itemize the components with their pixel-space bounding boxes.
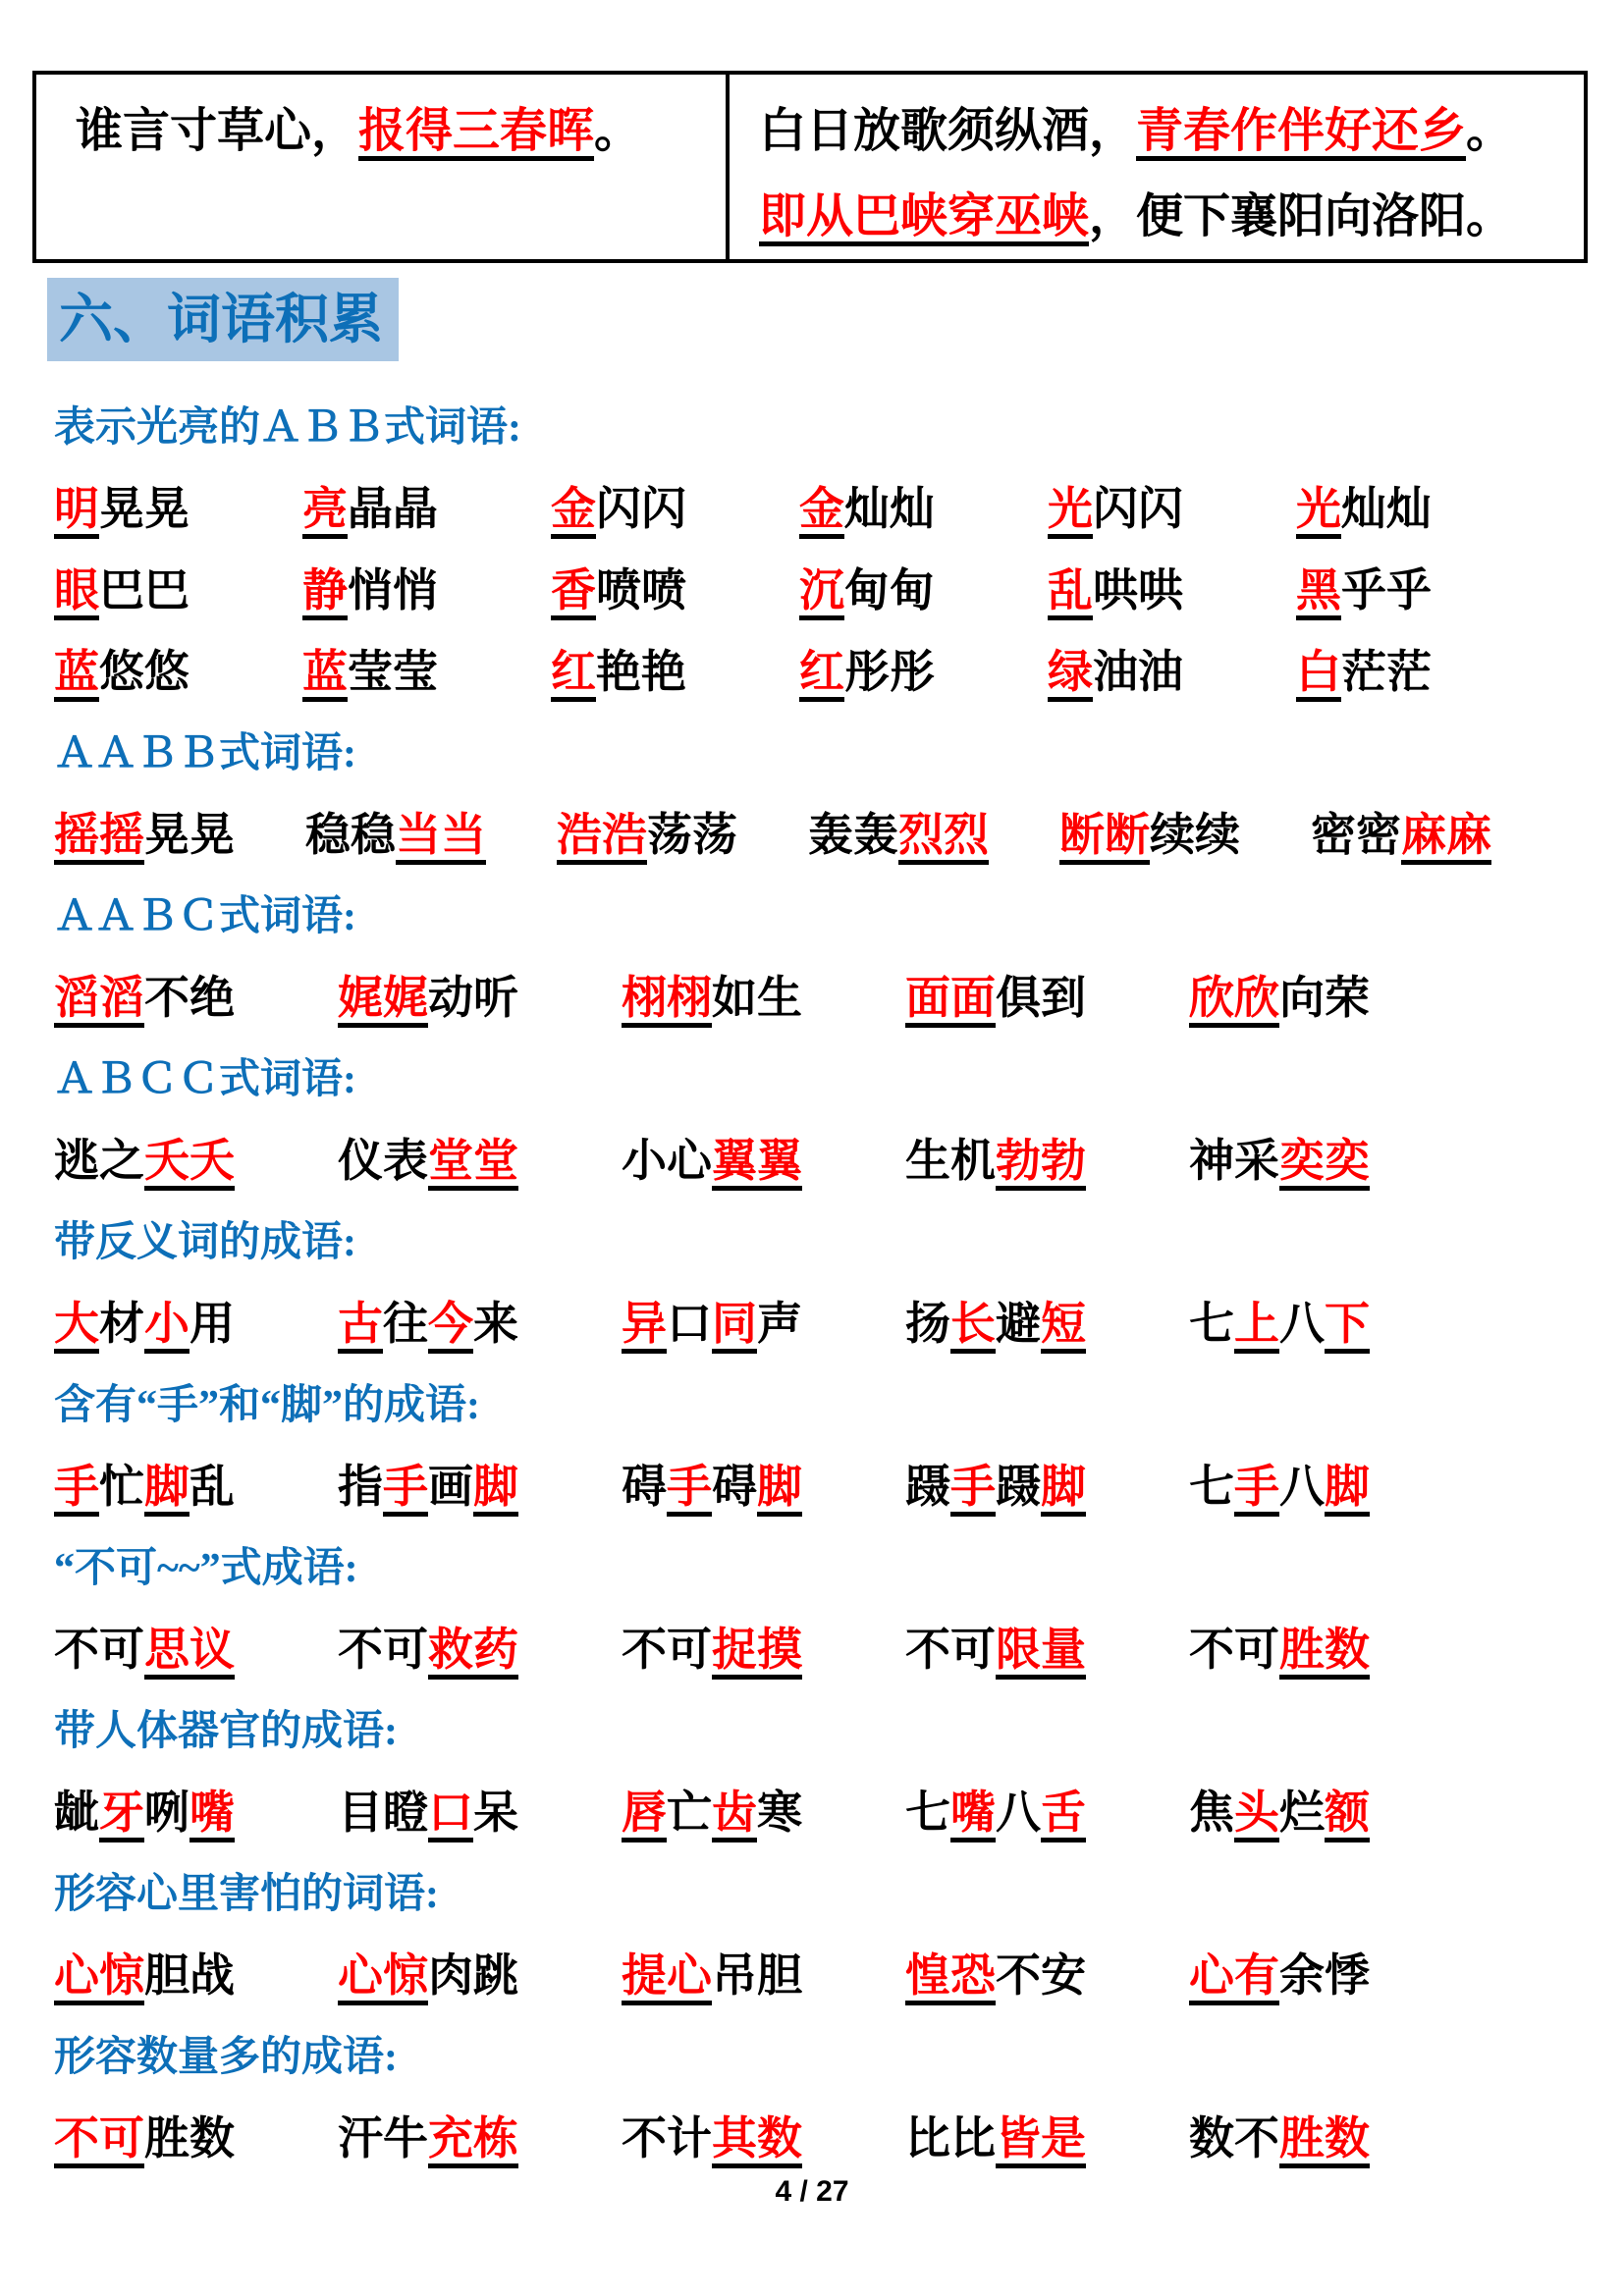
red-underlined-text: 心惊 xyxy=(54,1950,144,2001)
red-underlined-text: 提心 xyxy=(622,1950,712,2001)
red-underlined-text: 思议 xyxy=(144,1625,235,1675)
plain-text: 蹑 xyxy=(996,1462,1041,1512)
plain-text: 轰轰 xyxy=(808,810,898,860)
word: 静悄悄 xyxy=(302,555,438,619)
red-underlined-text: 头 xyxy=(1234,1788,1279,1838)
red-underlined-text: 亮 xyxy=(302,484,348,534)
red-underlined-text: 牙 xyxy=(99,1788,144,1838)
red-underlined-text: 光 xyxy=(1296,484,1341,534)
word: 不可胜数 xyxy=(1189,1614,1370,1679)
plain-text: 焦 xyxy=(1189,1788,1234,1838)
plain-text: 巴巴 xyxy=(99,565,189,615)
red-underlined-text: 心有 xyxy=(1189,1950,1279,2001)
red-underlined-text: 限量 xyxy=(996,1625,1086,1675)
red-underlined-text: 奕奕 xyxy=(1279,1136,1370,1186)
plain-text: 密密 xyxy=(1311,810,1401,860)
red-underlined-text: 嘴 xyxy=(950,1788,996,1838)
plain-text: 口 xyxy=(667,1299,712,1349)
plain-text: 指 xyxy=(338,1462,383,1512)
group-title: ＡＢＣＣ式词语: xyxy=(54,1046,356,1105)
word: 红艳艳 xyxy=(551,636,686,701)
word-row: 滔滔不绝娓娓动听栩栩如生面面俱到欣欣向荣 xyxy=(54,953,1592,1035)
plain-text: 晶晶 xyxy=(348,484,438,534)
plain-text: 目瞪 xyxy=(338,1788,428,1838)
word: 蹑手蹑脚 xyxy=(905,1451,1086,1516)
word: 稳稳当当 xyxy=(305,799,486,864)
plain-text: 蹑 xyxy=(905,1462,950,1512)
plain-text: 生机 xyxy=(905,1136,996,1186)
group-title-line: ＡＡＢＢ式词语: xyxy=(54,709,1592,790)
plain-text: 谁言寸草心， xyxy=(76,105,358,157)
plain-text: 来 xyxy=(473,1299,518,1349)
word: 香喷喷 xyxy=(551,555,686,619)
plain-text: 呆 xyxy=(473,1788,518,1838)
word-row: 明晃晃亮晶晶金闪闪金灿灿光闪闪光灿灿 xyxy=(54,464,1592,546)
word: 蓝悠悠 xyxy=(54,636,189,701)
group-title-line: 表示光亮的ＡＢＢ式词语: xyxy=(54,383,1592,464)
word: 不可思议 xyxy=(54,1614,235,1679)
poem-cell-right: 白日放歌须纵酒，青春作伴好还乡。即从巴峡穿巫峡，便下襄阳向洛阳。 xyxy=(728,73,1586,261)
group-title: 形容数量多的成语: xyxy=(54,2024,398,2083)
plain-text: 八 xyxy=(1279,1299,1325,1349)
red-underlined-text: 不可 xyxy=(54,2113,144,2163)
word: 逃之夭夭 xyxy=(54,1125,235,1190)
word: 光闪闪 xyxy=(1048,473,1183,538)
word: 仪表堂堂 xyxy=(338,1125,518,1190)
word: 摇摇晃晃 xyxy=(54,799,235,864)
red-underlined-text: 当当 xyxy=(396,810,486,860)
red-underlined-text: 下 xyxy=(1325,1299,1370,1349)
red-underlined-text: 脚 xyxy=(473,1462,518,1512)
word: 数不胜数 xyxy=(1189,2103,1370,2167)
word-row: 眼巴巴静悄悄香喷喷沉甸甸乱哄哄黑乎乎 xyxy=(54,546,1592,627)
red-underlined-text: 今 xyxy=(428,1299,473,1349)
word-row: 不可思议不可救药不可捉摸不可限量不可胜数 xyxy=(54,1605,1592,1686)
plain-text: 八 xyxy=(996,1788,1041,1838)
red-underlined-text: 胜数 xyxy=(1279,2113,1370,2163)
red-underlined-text: 麻麻 xyxy=(1401,810,1491,860)
word: 小心翼翼 xyxy=(622,1125,802,1190)
red-underlined-text: 娓娓 xyxy=(338,973,428,1023)
plain-text: 哄哄 xyxy=(1093,565,1183,615)
plain-text: 七 xyxy=(1189,1462,1234,1512)
red-underlined-text: 沉 xyxy=(799,565,844,615)
plain-text: 悄悄 xyxy=(348,565,438,615)
group-title-line: 带反义词的成语: xyxy=(54,1198,1592,1279)
plain-text: 声 xyxy=(757,1299,802,1349)
poem-line: 白日放歌须纵酒，青春作伴好还乡。 xyxy=(759,88,1578,174)
word: 指手画脚 xyxy=(338,1451,518,1516)
plain-text: 乎乎 xyxy=(1341,565,1432,615)
red-underlined-text: 蓝 xyxy=(302,647,348,697)
red-underlined-text: 翼翼 xyxy=(712,1136,802,1186)
red-underlined-text: 手 xyxy=(1234,1462,1279,1512)
plain-text: 仪表 xyxy=(338,1136,428,1186)
word-row: 龇牙咧嘴目瞪口呆唇亡齿寒七嘴八舌焦头烂额 xyxy=(54,1768,1592,1849)
plain-text: 碍 xyxy=(622,1462,667,1512)
word: 惶恐不安 xyxy=(905,1940,1086,2004)
plain-text: 动听 xyxy=(428,973,518,1023)
plain-text: 喷喷 xyxy=(596,565,686,615)
poem-line: 谁言寸草心，报得三春晖。 xyxy=(76,88,720,174)
word: 亮晶晶 xyxy=(302,473,438,538)
word: 绿油油 xyxy=(1048,636,1183,701)
word: 汗牛充栋 xyxy=(338,2103,518,2167)
word: 明晃晃 xyxy=(54,473,189,538)
red-underlined-text: 手 xyxy=(667,1462,712,1512)
plain-text: 灿灿 xyxy=(844,484,935,534)
red-underlined-text: 香 xyxy=(551,565,596,615)
red-underlined-text: 绿 xyxy=(1048,647,1093,697)
plain-text: 不可 xyxy=(905,1625,996,1675)
plain-text: 咧 xyxy=(144,1788,189,1838)
red-underlined-text: 夭夭 xyxy=(144,1136,235,1186)
plain-text: 续续 xyxy=(1150,810,1240,860)
plain-text: 悠悠 xyxy=(99,647,189,697)
group-title-line: ＡＢＣＣ式词语: xyxy=(54,1035,1592,1116)
plain-text: 碍 xyxy=(712,1462,757,1512)
word: 面面俱到 xyxy=(905,962,1086,1027)
group-title: ＡＡＢＢ式词语: xyxy=(54,721,356,779)
plain-text: 彤彤 xyxy=(844,647,935,697)
red-underlined-text: 脚 xyxy=(144,1462,189,1512)
word: 密密麻麻 xyxy=(1311,799,1491,864)
word: 不可捉摸 xyxy=(622,1614,802,1679)
word: 唇亡齿寒 xyxy=(622,1777,802,1842)
red-underlined-text: 红 xyxy=(799,647,844,697)
red-underlined-text: 黑 xyxy=(1296,565,1341,615)
red-underlined-text: 白 xyxy=(1296,647,1341,697)
red-underlined-text: 救药 xyxy=(428,1625,518,1675)
plain-text: 茫茫 xyxy=(1341,647,1432,697)
plain-text: 莹莹 xyxy=(348,647,438,697)
group-title: 含有“手”和“脚”的成语: xyxy=(54,1372,480,1431)
page-number: 4 / 27 xyxy=(0,2175,1624,2209)
plain-text: 不计 xyxy=(622,2113,712,2163)
word-row: 蓝悠悠蓝莹莹红艳艳红彤彤绿油油白茫茫 xyxy=(54,627,1592,709)
word: 古往今来 xyxy=(338,1288,518,1353)
plain-text: 乱 xyxy=(189,1462,235,1512)
red-underlined-text: 充栋 xyxy=(428,2113,518,2163)
word: 欣欣向荣 xyxy=(1189,962,1370,1027)
poem-cell-left: 谁言寸草心，报得三春晖。 xyxy=(34,73,728,261)
word: 焦头烂额 xyxy=(1189,1777,1370,1842)
red-underlined-text: 惶恐 xyxy=(905,1950,996,2001)
plain-text: ，便下襄阳向洛阳。 xyxy=(1089,190,1513,242)
red-underlined-text: 光 xyxy=(1048,484,1093,534)
word: 手忙脚乱 xyxy=(54,1451,235,1516)
red-underlined-text: 面面 xyxy=(905,973,996,1023)
word: 乱哄哄 xyxy=(1048,555,1183,619)
worksheet-page: 谁言寸草心，报得三春晖。 白日放歌须纵酒，青春作伴好还乡。即从巴峡穿巫峡，便下襄… xyxy=(0,0,1624,2296)
red-underlined-text: 青春作伴好还乡 xyxy=(1136,105,1466,157)
word-row: 逃之夭夭仪表堂堂小心翼翼生机勃勃神采奕奕 xyxy=(54,1116,1592,1198)
plain-text: 烂 xyxy=(1279,1788,1325,1838)
word-row: 大材小用古往今来异口同声扬长避短七上八下 xyxy=(54,1279,1592,1361)
red-underlined-text: 长 xyxy=(950,1299,996,1349)
group-title-line: 含有“手”和“脚”的成语: xyxy=(54,1361,1592,1442)
word: 不可胜数 xyxy=(54,2103,235,2167)
plain-text: 小心 xyxy=(622,1136,712,1186)
word: 轰轰烈烈 xyxy=(808,799,989,864)
word: 心惊胆战 xyxy=(54,1940,235,2004)
plain-text: 数不 xyxy=(1189,2113,1279,2163)
red-underlined-text: 皆是 xyxy=(996,2113,1086,2163)
plain-text: 。 xyxy=(594,105,641,157)
red-underlined-text: 齿 xyxy=(712,1788,757,1838)
plain-text: 不可 xyxy=(1189,1625,1279,1675)
word: 七嘴八舌 xyxy=(905,1777,1086,1842)
plain-text: 扬 xyxy=(905,1299,950,1349)
word-row: 心惊胆战心惊肉跳提心吊胆惶恐不安心有余悸 xyxy=(54,1931,1592,2012)
plain-text: 稳稳 xyxy=(305,810,396,860)
plain-text: 吊胆 xyxy=(712,1950,802,2001)
word: 神采奕奕 xyxy=(1189,1125,1370,1190)
plain-text: 往 xyxy=(383,1299,428,1349)
plain-text: 七 xyxy=(905,1788,950,1838)
group-title: 表示光亮的ＡＢＢ式词语: xyxy=(54,395,521,454)
word: 不可限量 xyxy=(905,1614,1086,1679)
red-underlined-text: 其数 xyxy=(712,2113,802,2163)
group-title: 形容心里害怕的词语: xyxy=(54,1861,439,1920)
group-title: “不可~~”式成语: xyxy=(54,1535,358,1594)
plain-text: 肉跳 xyxy=(428,1950,518,2001)
word-row: 摇摇晃晃稳稳当当浩浩荡荡轰轰烈烈断断续续密密麻麻 xyxy=(54,790,1592,872)
group-title-line: 形容心里害怕的词语: xyxy=(54,1849,1592,1931)
red-underlined-text: 乱 xyxy=(1048,565,1093,615)
word: 眼巴巴 xyxy=(54,555,189,619)
plain-text: 胆战 xyxy=(144,1950,235,2001)
plain-text: 避 xyxy=(996,1299,1041,1349)
word: 大材小用 xyxy=(54,1288,235,1353)
red-underlined-text: 大 xyxy=(54,1299,99,1349)
plain-text: 油油 xyxy=(1093,647,1183,697)
red-underlined-text: 脚 xyxy=(1041,1462,1086,1512)
plain-text: 不安 xyxy=(996,1950,1086,2001)
red-underlined-text: 小 xyxy=(144,1299,189,1349)
red-underlined-text: 同 xyxy=(712,1299,757,1349)
red-underlined-text: 勃勃 xyxy=(996,1136,1086,1186)
red-underlined-text: 眼 xyxy=(54,565,99,615)
plain-text: 不可 xyxy=(338,1625,428,1675)
group-title-line: “不可~~”式成语: xyxy=(54,1523,1592,1605)
word-row: 手忙脚乱指手画脚碍手碍脚蹑手蹑脚七手八脚 xyxy=(54,1442,1592,1523)
poem-table-row: 谁言寸草心，报得三春晖。 白日放歌须纵酒，青春作伴好还乡。即从巴峡穿巫峡，便下襄… xyxy=(34,73,1586,261)
red-underlined-text: 栩栩 xyxy=(622,973,712,1023)
plain-text: 晃晃 xyxy=(99,484,189,534)
plain-text: 胜数 xyxy=(144,2113,235,2163)
group-title-line: 带人体器官的成语: xyxy=(54,1686,1592,1768)
red-underlined-text: 古 xyxy=(338,1299,383,1349)
red-underlined-text: 红 xyxy=(551,647,596,697)
word: 目瞪口呆 xyxy=(338,1777,518,1842)
red-underlined-text: 上 xyxy=(1234,1299,1279,1349)
plain-text: 八 xyxy=(1279,1462,1325,1512)
plain-text: 不可 xyxy=(54,1625,144,1675)
group-title: 带反义词的成语: xyxy=(54,1209,356,1268)
red-underlined-text: 蓝 xyxy=(54,647,99,697)
word: 浩浩荡荡 xyxy=(557,799,737,864)
red-underlined-text: 唇 xyxy=(622,1788,667,1838)
word: 黑乎乎 xyxy=(1296,555,1432,619)
plain-text: 不可 xyxy=(622,1625,712,1675)
word: 异口同声 xyxy=(622,1288,802,1353)
word: 心有余悸 xyxy=(1189,1940,1370,2004)
red-underlined-text: 脚 xyxy=(1325,1462,1370,1512)
word: 比比皆是 xyxy=(905,2103,1086,2167)
word: 金灿灿 xyxy=(799,473,935,538)
plain-text: 向荣 xyxy=(1279,973,1370,1023)
plain-text: 神采 xyxy=(1189,1136,1279,1186)
red-underlined-text: 即从巴峡穿巫峡 xyxy=(759,190,1089,242)
red-underlined-text: 手 xyxy=(383,1462,428,1512)
red-underlined-text: 手 xyxy=(54,1462,99,1512)
red-underlined-text: 静 xyxy=(302,565,348,615)
plain-text: 画 xyxy=(428,1462,473,1512)
plain-text: 忙 xyxy=(99,1462,144,1512)
group-title: 带人体器官的成语: xyxy=(54,1698,398,1757)
word-groups: 表示光亮的ＡＢＢ式词语:明晃晃亮晶晶金闪闪金灿灿光闪闪光灿灿眼巴巴静悄悄香喷喷沉… xyxy=(54,383,1592,2175)
word: 金闪闪 xyxy=(551,473,686,538)
red-underlined-text: 短 xyxy=(1041,1299,1086,1349)
section-title: 六、词语积累 xyxy=(59,290,383,349)
word: 蓝莹莹 xyxy=(302,636,438,701)
red-underlined-text: 额 xyxy=(1325,1788,1370,1838)
word: 娓娓动听 xyxy=(338,962,518,1027)
word: 扬长避短 xyxy=(905,1288,1086,1353)
red-underlined-text: 心惊 xyxy=(338,1950,428,2001)
red-underlined-text: 浩浩 xyxy=(557,810,647,860)
word: 沉甸甸 xyxy=(799,555,935,619)
section-header-highlight: 六、词语积累 xyxy=(47,278,399,361)
plain-text: 材 xyxy=(99,1299,144,1349)
plain-text: 寒 xyxy=(757,1788,802,1838)
plain-text: 俱到 xyxy=(996,973,1086,1023)
group-title: ＡＡＢＣ式词语: xyxy=(54,883,356,942)
plain-text: 如生 xyxy=(712,973,802,1023)
red-underlined-text: 断断 xyxy=(1059,810,1150,860)
word: 栩栩如生 xyxy=(622,962,802,1027)
word: 不计其数 xyxy=(622,2103,802,2167)
red-underlined-text: 滔滔 xyxy=(54,973,144,1023)
word: 生机勃勃 xyxy=(905,1125,1086,1190)
red-underlined-text: 胜数 xyxy=(1279,1625,1370,1675)
red-underlined-text: 明 xyxy=(54,484,99,534)
word: 心惊肉跳 xyxy=(338,1940,518,2004)
red-underlined-text: 手 xyxy=(950,1462,996,1512)
plain-text: 。 xyxy=(1466,105,1513,157)
plain-text: 汗牛 xyxy=(338,2113,428,2163)
plain-text: 白日放歌须纵酒， xyxy=(759,105,1136,157)
word: 光灿灿 xyxy=(1296,473,1432,538)
red-underlined-text: 报得三春晖 xyxy=(358,105,594,157)
plain-text: 艳艳 xyxy=(596,647,686,697)
word: 龇牙咧嘴 xyxy=(54,1777,235,1842)
red-underlined-text: 金 xyxy=(799,484,844,534)
plain-text: 余悸 xyxy=(1279,1950,1370,2001)
word: 不可救药 xyxy=(338,1614,518,1679)
poem-table: 谁言寸草心，报得三春晖。 白日放歌须纵酒，青春作伴好还乡。即从巴峡穿巫峡，便下襄… xyxy=(32,71,1588,263)
red-underlined-text: 脚 xyxy=(757,1462,802,1512)
red-underlined-text: 异 xyxy=(622,1299,667,1349)
group-title-line: 形容数量多的成语: xyxy=(54,2012,1592,2094)
word: 红彤彤 xyxy=(799,636,935,701)
word: 滔滔不绝 xyxy=(54,962,235,1027)
red-underlined-text: 口 xyxy=(428,1788,473,1838)
word: 提心吊胆 xyxy=(622,1940,802,2004)
plain-text: 闪闪 xyxy=(596,484,686,534)
plain-text: 晃晃 xyxy=(144,810,235,860)
word: 碍手碍脚 xyxy=(622,1451,802,1516)
group-title-line: ＡＡＢＣ式词语: xyxy=(54,872,1592,953)
plain-text: 亡 xyxy=(667,1788,712,1838)
word-row: 不可胜数汗牛充栋不计其数比比皆是数不胜数 xyxy=(54,2094,1592,2175)
word: 七手八脚 xyxy=(1189,1451,1370,1516)
plain-text: 用 xyxy=(189,1299,235,1349)
red-underlined-text: 捉摸 xyxy=(712,1625,802,1675)
plain-text: 荡荡 xyxy=(647,810,737,860)
plain-text: 闪闪 xyxy=(1093,484,1183,534)
plain-text: 甸甸 xyxy=(844,565,935,615)
red-underlined-text: 嘴 xyxy=(189,1788,235,1838)
plain-text: 七 xyxy=(1189,1299,1234,1349)
plain-text: 灿灿 xyxy=(1341,484,1432,534)
plain-text: 逃之 xyxy=(54,1136,144,1186)
poem-line: 即从巴峡穿巫峡，便下襄阳向洛阳。 xyxy=(759,174,1578,259)
red-underlined-text: 舌 xyxy=(1041,1788,1086,1838)
red-underlined-text: 堂堂 xyxy=(428,1136,518,1186)
plain-text: 比比 xyxy=(905,2113,996,2163)
word: 断断续续 xyxy=(1059,799,1240,864)
plain-text: 龇 xyxy=(54,1788,99,1838)
red-underlined-text: 烈烈 xyxy=(898,810,989,860)
word: 白茫茫 xyxy=(1296,636,1432,701)
red-underlined-text: 金 xyxy=(551,484,596,534)
word: 七上八下 xyxy=(1189,1288,1370,1353)
red-underlined-text: 欣欣 xyxy=(1189,973,1279,1023)
red-underlined-text: 摇摇 xyxy=(54,810,144,860)
plain-text: 不绝 xyxy=(144,973,235,1023)
